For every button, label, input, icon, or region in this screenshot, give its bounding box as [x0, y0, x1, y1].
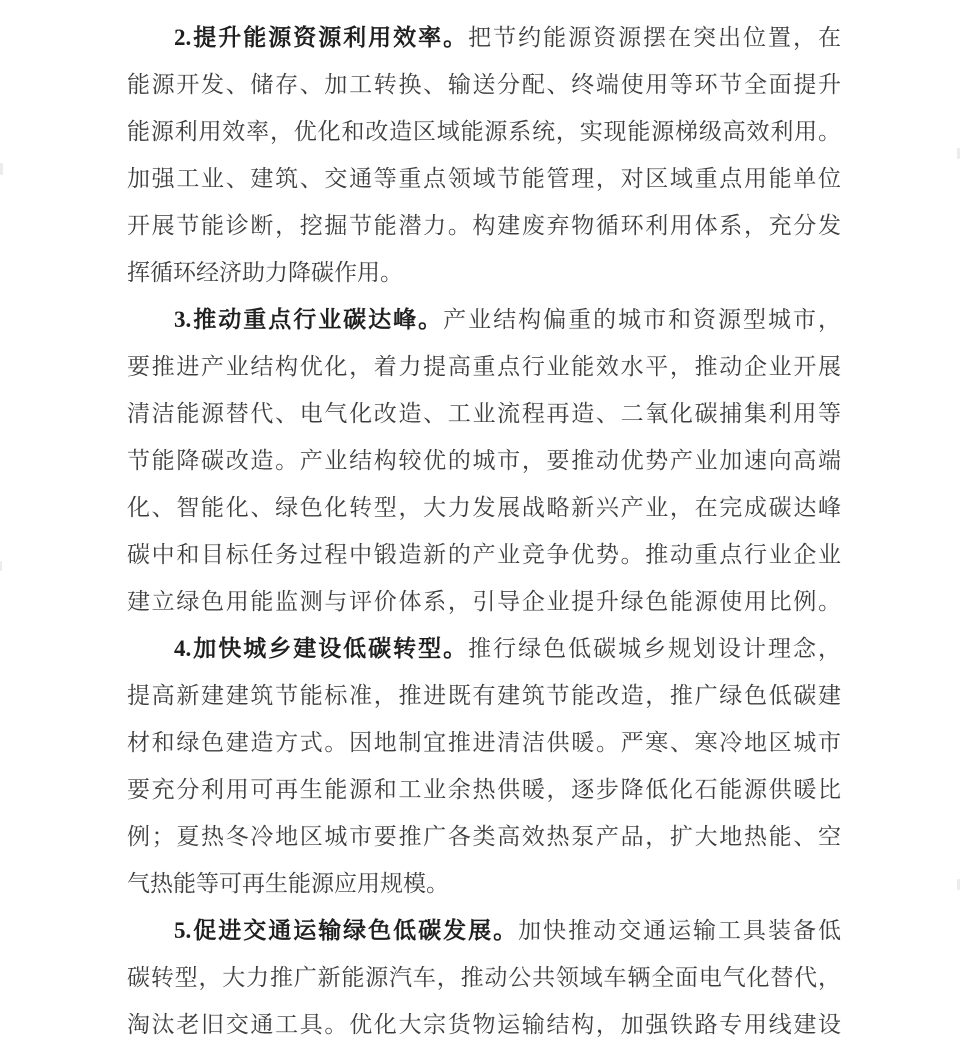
text-line: 提高新建建筑节能标准，推进既有建筑节能改造，推广绿色低碳建 — [127, 672, 841, 719]
text-line: 加强工业、建筑、交通等重点领域节能管理，对区域重点用能单位 — [127, 155, 841, 202]
paragraph-2: 2.提升能源资源利用效率。把节约能源资源摆在突出位置，在能源开发、储存、加工转换… — [127, 14, 841, 296]
text-line: 要推进产业结构优化，着力提高重点行业能效水平，推动企业开展 — [127, 343, 841, 390]
text-line: 气热能等可再生能源应用规模。 — [127, 860, 841, 907]
text-line: 淘汰老旧交通工具。优化大宗货物运输结构，加强铁路专用线建设 — [127, 1001, 841, 1048]
section-heading: 4.加快城乡建设低碳转型。 — [174, 636, 468, 661]
paragraph-3: 3.推动重点行业碳达峰。产业结构偏重的城市和资源型城市，要推进产业结构优化，着力… — [127, 296, 841, 625]
text-line: 建立绿色用能监测与评价体系，引导企业提升绿色能源使用比例。 — [127, 578, 841, 625]
text-line: 开展节能诊断，挖掘节能潜力。构建废弃物循环利用体系，充分发 — [127, 202, 841, 249]
line-text: 产业结构偏重的城市和资源型城市， — [443, 307, 841, 332]
line-text: 加快推动交通运输工具装备低 — [518, 918, 841, 943]
section-heading: 5.促进交通运输绿色低碳发展。 — [174, 918, 518, 943]
scan-artifact — [0, 163, 3, 175]
section-heading: 3.推动重点行业碳达峰。 — [174, 307, 443, 332]
text-line: 2.提升能源资源利用效率。把节约能源资源摆在突出位置，在 — [127, 14, 841, 61]
page-text: 2.提升能源资源利用效率。把节约能源资源摆在突出位置，在能源开发、储存、加工转换… — [127, 14, 841, 1048]
text-line: 挥循环经济助力降碳作用。 — [127, 249, 841, 296]
text-line: 4.加快城乡建设低碳转型。推行绿色低碳城乡规划设计理念， — [127, 625, 841, 672]
document-page: 2.提升能源资源利用效率。把节约能源资源摆在突出位置，在能源开发、储存、加工转换… — [0, 0, 960, 1055]
scan-artifact — [0, 561, 2, 571]
text-line: 3.推动重点行业碳达峰。产业结构偏重的城市和资源型城市， — [127, 296, 841, 343]
text-line: 清洁能源替代、电气化改造、工业流程再造、二氧化碳捕集利用等 — [127, 390, 841, 437]
text-line: 要充分利用可再生能源和工业余热供暖，逐步降低化石能源供暖比 — [127, 766, 841, 813]
text-line: 节能降碳改造。产业结构较优的城市，要推动优势产业加速向高端 — [127, 437, 841, 484]
line-text: 推行绿色低碳城乡规划设计理念， — [468, 636, 841, 661]
text-line: 能源开发、储存、加工转换、输送分配、终端使用等环节全面提升 — [127, 61, 841, 108]
paragraph-4: 4.加快城乡建设低碳转型。推行绿色低碳城乡规划设计理念，提高新建建筑节能标准，推… — [127, 625, 841, 907]
text-line: 化、智能化、绿色化转型，大力发展战略新兴产业，在完成碳达峰 — [127, 484, 841, 531]
paragraph-5: 5.促进交通运输绿色低碳发展。加快推动交通运输工具装备低碳转型，大力推广新能源汽… — [127, 907, 841, 1048]
text-line: 5.促进交通运输绿色低碳发展。加快推动交通运输工具装备低 — [127, 907, 841, 954]
section-heading: 2.提升能源资源利用效率。 — [174, 25, 468, 50]
text-line: 碳中和目标任务过程中锻造新的产业竞争优势。推动重点行业企业 — [127, 531, 841, 578]
text-line: 例；夏热冬冷地区城市要推广各类高效热泵产品，扩大地热能、空 — [127, 813, 841, 860]
text-line: 能源利用效率，优化和改造区域能源系统，实现能源梯级高效利用。 — [127, 108, 841, 155]
text-line: 碳转型，大力推广新能源汽车，推动公共领域车辆全面电气化替代， — [127, 954, 841, 1001]
line-text: 把节约能源资源摆在突出位置，在 — [468, 25, 841, 50]
text-line: 材和绿色建造方式。因地制宜推进清洁供暖。严寒、寒冷地区城市 — [127, 719, 841, 766]
